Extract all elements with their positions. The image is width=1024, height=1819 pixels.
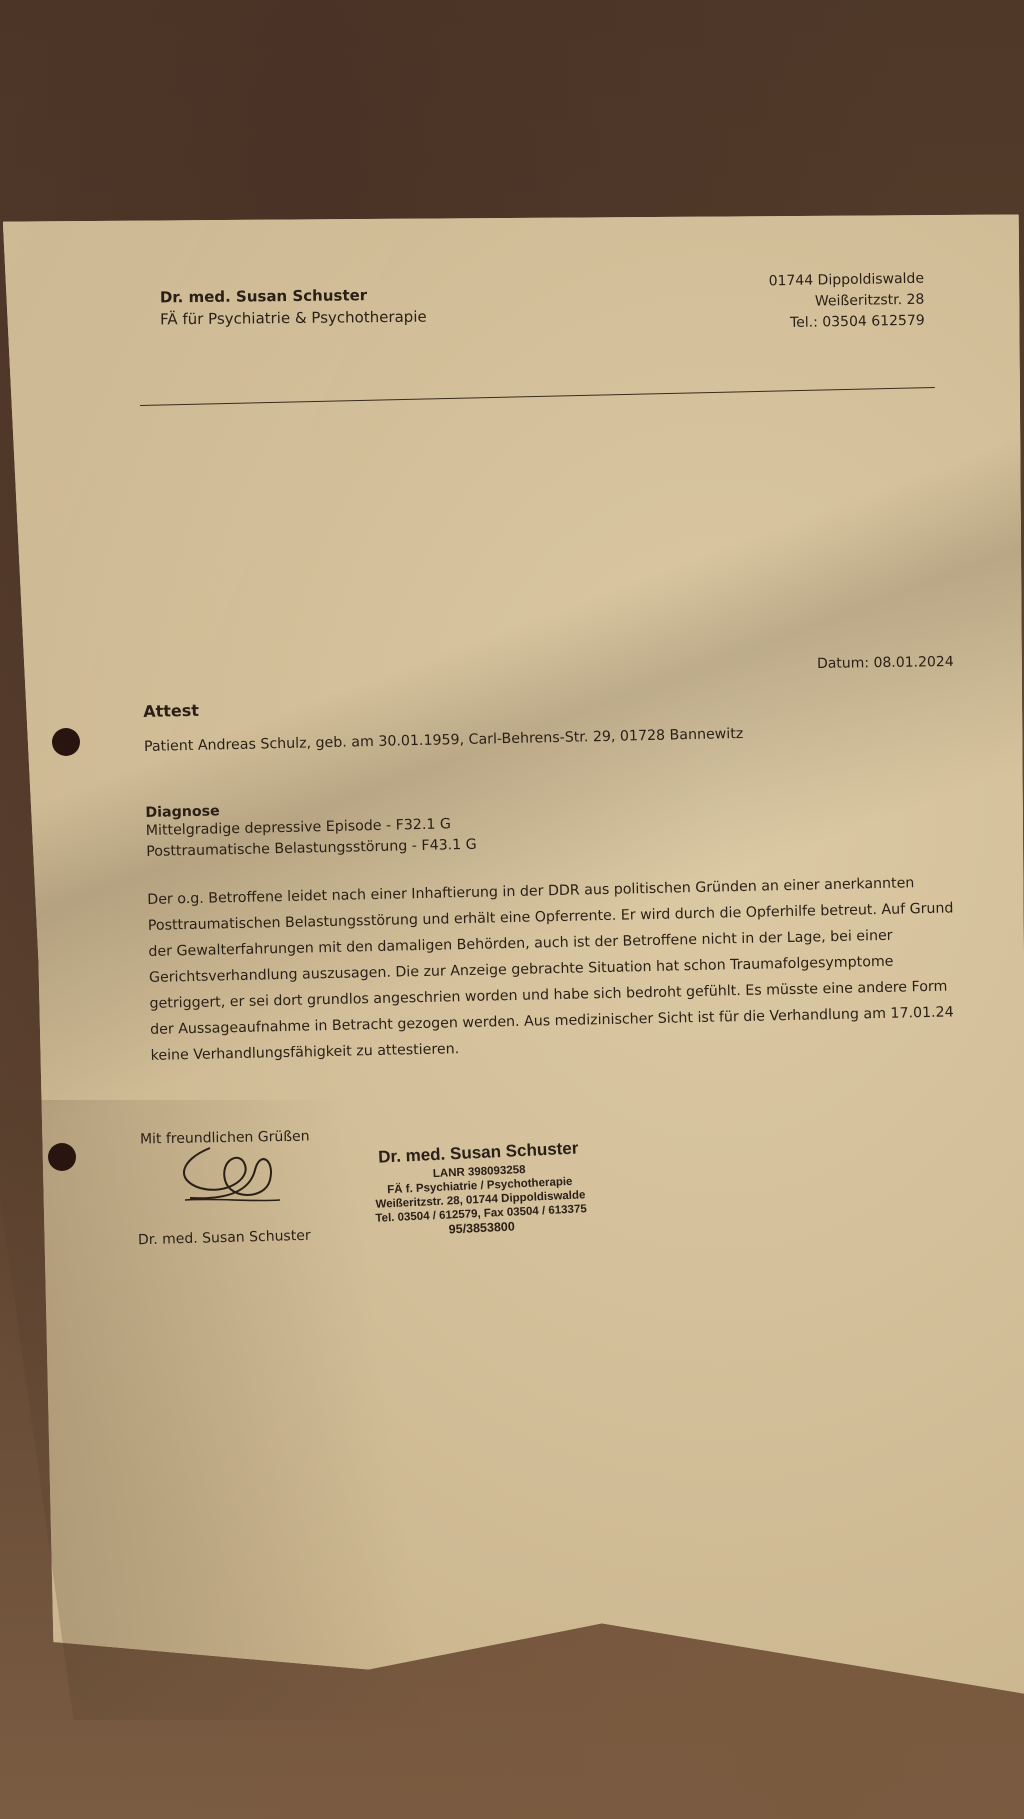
letterhead-address: 01744 Dippoldiswalde Weißeritzstr. 28 Te… xyxy=(768,269,924,335)
doctor-name: Dr. med. Susan Schuster xyxy=(160,284,427,309)
punch-hole-icon xyxy=(52,728,80,756)
document-body: Attest Patient Andreas Schulz, geb. am 3… xyxy=(143,683,1011,1069)
document-date: Datum: 08.01.2024 xyxy=(817,654,954,672)
patient-info: Patient Andreas Schulz, geb. am 30.01.19… xyxy=(144,720,1004,755)
address-street: Weißeritzstr. 28 xyxy=(768,290,924,314)
attest-paragraph: Der o.g. Betroffene leidet nach einer In… xyxy=(147,869,971,1069)
punch-hole-icon xyxy=(48,1143,76,1171)
doctor-specialty: FÄ für Psychiatrie & Psychotherapie xyxy=(160,306,427,331)
signature-icon xyxy=(170,1140,310,1210)
address-city: 01744 Dippoldiswalde xyxy=(768,269,924,293)
phone-number: Tel.: 03504 612579 xyxy=(769,311,925,335)
letterhead-left: Dr. med. Susan Schuster FÄ für Psychiatr… xyxy=(160,284,427,331)
doctor-stamp: Dr. med. Susan Schuster LANR 398093258 F… xyxy=(328,1136,632,1243)
